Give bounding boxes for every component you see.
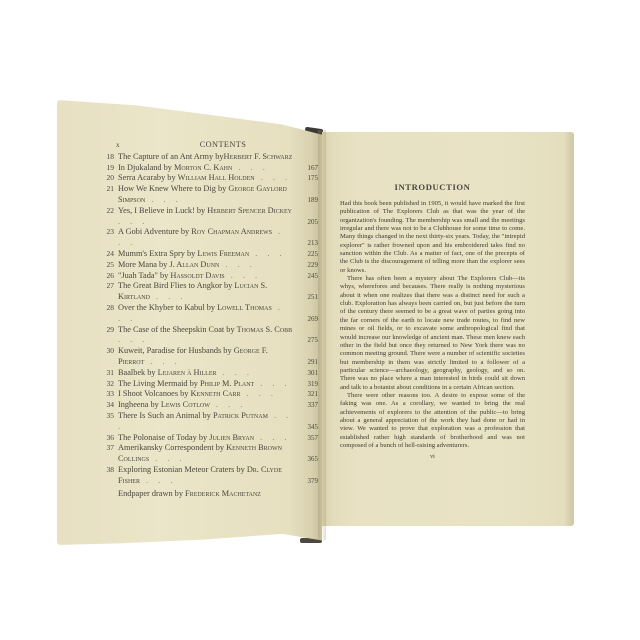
page-number: 321	[308, 389, 319, 400]
page-number: 229	[308, 260, 319, 271]
toc-entry: 21How We Knew Where to Dig by George Gay…	[118, 184, 318, 206]
page-folio: x	[116, 140, 120, 151]
page-number: 269	[308, 314, 319, 325]
chapter-title: The Great Bird Flies to Angkor by Lucian…	[118, 281, 318, 303]
leader-dots: . . .	[232, 163, 268, 172]
chapter-number: 26	[98, 271, 114, 282]
intro-paragraph: There has often been a mystery about The…	[340, 275, 525, 392]
toc-entry: 25More Mana by J. Allan Dunn . . .229	[118, 260, 318, 271]
chapter-title-text: Over the Khyber to Kabul by	[118, 303, 217, 312]
toc-entry: 33I Shoot Volcanoes by Kenneth Carr . . …	[118, 389, 318, 400]
page-number: 167	[308, 163, 319, 174]
chapter-title-text: The Great Bird Flies to Angkor by	[118, 281, 234, 290]
leader-dots: . . .	[149, 454, 185, 463]
chapter-author: Lewis Cotlow	[161, 400, 210, 409]
page-number: 225	[308, 249, 319, 260]
page-number: 213	[308, 238, 319, 249]
chapter-number: 37	[98, 443, 114, 454]
chapter-title-text: Baalbek by	[118, 368, 158, 377]
chapter-number: 19	[98, 163, 114, 174]
chapter-author: Roy Chapman Andrews	[191, 227, 272, 236]
chapter-author: Philip M. Plant	[200, 379, 254, 388]
leader-dots: . . .	[150, 292, 186, 301]
chapter-title: A Gobi Adventure by Roy Chapman Andrews …	[118, 227, 318, 249]
toc-entry: 32The Living Mermaid by Philip M. Plant …	[118, 379, 318, 390]
chapter-title: Ingheena by Lewis Cotlow . . .	[118, 400, 318, 411]
toc-entry: 37Amerikansky Correspondent by Kenneth B…	[118, 443, 318, 465]
toc-entry: 24Mumm's Extra Spry by Lewis Freeman . .…	[118, 249, 318, 260]
leader-dots: . . .	[225, 271, 261, 280]
endpaper-credit: Endpaper drawn by Frederick Machetanz	[118, 489, 318, 500]
toc-entry: 19In Djukaland by Morton C. Kahn . . .16…	[118, 163, 318, 174]
toc-entry: 31Baalbek by Lejaren à Hiller . . .301	[118, 368, 318, 379]
introduction-section: INTRODUCTION Had this book been publishe…	[340, 182, 525, 460]
toc-entry: 18The Capture of an Ant Army byHerbert F…	[118, 152, 318, 163]
chapter-title: Yes, I Believe in Luck! by Herbert Spenc…	[118, 206, 318, 228]
chapter-title: The Case of the Sheepskin Coat by Thomas…	[118, 325, 318, 347]
chapter-author: Julien Bryan	[209, 433, 254, 442]
leader-dots: . . .	[145, 195, 181, 204]
leader-dots: . . .	[254, 379, 290, 388]
chapter-author: Thomas S. Cobb	[237, 325, 292, 334]
chapter-number: 36	[98, 433, 114, 444]
page-number: 319	[308, 379, 319, 390]
chapter-title: Serra Acaraby by William Hall Holden . .…	[118, 173, 318, 184]
page-number: 189	[308, 195, 319, 206]
chapter-title: Baalbek by Lejaren à Hiller . . .	[118, 368, 318, 379]
chapter-title: "Juah Tada" by Hassoldt Davis . . .	[118, 271, 318, 282]
chapter-number: 32	[98, 379, 114, 390]
leader-dots: . . .	[118, 217, 148, 226]
chapter-title-text: A Gobi Adventure by	[118, 227, 191, 236]
toc-entry: 28Over the Khyber to Kabul by Lowell Tho…	[118, 303, 318, 325]
intro-paragraph: Had this book been published in 1905, it…	[340, 200, 525, 275]
leader-dots: . . .	[255, 173, 291, 182]
chapter-title: Exploring Estonian Meteor Craters by Dr.…	[118, 465, 318, 487]
chapter-title: I Shoot Volcanoes by Kenneth Carr . . .	[118, 389, 318, 400]
table-of-contents: x CONTENTS 18The Capture of an Ant Army …	[118, 140, 318, 499]
page-number: 337	[308, 400, 319, 411]
toc-entries: 18The Capture of an Ant Army byHerbert F…	[118, 152, 318, 487]
chapter-title-text: How We Knew Where to Dig by	[118, 184, 228, 193]
chapter-author: Morton C. Kahn	[174, 163, 232, 172]
chapter-number: 38	[98, 465, 114, 476]
chapter-title-text: Amerikansky Correspondent by	[118, 443, 226, 452]
chapter-number: 21	[98, 184, 114, 195]
toc-entry: 36The Polonaise of Today by Julien Bryan…	[118, 433, 318, 444]
leader-dots: . . .	[210, 400, 246, 409]
page-number: 379	[308, 476, 319, 487]
open-book: x CONTENTS 18The Capture of an Ant Army …	[0, 0, 640, 640]
intro-paragraph: There were other reasons too. A desire t…	[340, 392, 525, 450]
chapter-author: Herbert F. Schwarz	[224, 152, 293, 161]
chapter-number: 30	[98, 346, 114, 357]
page-number: 345	[308, 422, 319, 433]
chapter-title-text: In Djukaland by	[118, 163, 174, 172]
book-spine-gutter	[318, 130, 326, 540]
chapter-title: In Djukaland by Morton C. Kahn . . .	[118, 163, 318, 174]
chapter-author: Kenneth Carr	[191, 389, 241, 398]
chapter-title-text: Ingheena by	[118, 400, 161, 409]
chapter-author: Patrick Putnam	[213, 411, 268, 420]
leader-dots: . . .	[140, 476, 176, 485]
chapter-title: There Is Such an Animal by Patrick Putna…	[118, 411, 318, 433]
contents-heading: CONTENTS	[118, 140, 318, 151]
toc-entry: 30Kuweit, Paradise for Husbands by Georg…	[118, 346, 318, 368]
toc-entry: 34Ingheena by Lewis Cotlow . . .337	[118, 400, 318, 411]
leader-dots: . . .	[249, 249, 285, 258]
chapter-title: The Polonaise of Today by Julien Bryan .…	[118, 433, 318, 444]
leader-dots: . . .	[118, 335, 148, 344]
leader-dots: . . .	[144, 357, 180, 366]
chapter-title: Kuweit, Paradise for Husbands by George …	[118, 346, 318, 368]
chapter-title-text: Yes, I Believe in Luck! by	[118, 206, 207, 215]
chapter-number: 29	[98, 325, 114, 336]
page-number: 301	[308, 368, 319, 379]
leader-dots: . . .	[219, 260, 255, 269]
chapter-number: 18	[98, 152, 114, 163]
chapter-number: 35	[98, 411, 114, 422]
chapter-author: Herbert Spencer Dickey	[207, 206, 292, 215]
endpaper-author: Frederick Machetanz	[185, 489, 261, 498]
chapter-title-text: Mumm's Extra Spry by	[118, 249, 197, 258]
chapter-author: Lewis Freeman	[197, 249, 249, 258]
chapter-title-text: The Polonaise of Today by	[118, 433, 209, 442]
chapter-author: Hassoldt Davis	[170, 271, 224, 280]
chapter-number: 31	[98, 368, 114, 379]
chapter-number: 34	[98, 400, 114, 411]
toc-entry: 27The Great Bird Flies to Angkor by Luci…	[118, 281, 318, 303]
chapter-number: 33	[98, 389, 114, 400]
leader-dots: . . .	[240, 389, 276, 398]
chapter-title-text: Kuweit, Paradise for Husbands by	[118, 346, 234, 355]
chapter-title: The Living Mermaid by Philip M. Plant . …	[118, 379, 318, 390]
page-number: 245	[308, 271, 319, 282]
leader-dots: . . .	[254, 433, 290, 442]
toc-entry: 23A Gobi Adventure by Roy Chapman Andrew…	[118, 227, 318, 249]
chapter-number: 28	[98, 303, 114, 314]
chapter-title-text: More Mana by	[118, 260, 169, 269]
chapter-title-text: "Juah Tada" by	[118, 271, 170, 280]
toc-entry: 29The Case of the Sheepskin Coat by Thom…	[118, 325, 318, 347]
chapter-title-text: I Shoot Volcanoes by	[118, 389, 191, 398]
chapter-title: Over the Khyber to Kabul by Lowell Thoma…	[118, 303, 318, 325]
toc-entry: 20Serra Acaraby by William Hall Holden .…	[118, 173, 318, 184]
toc-entry: 38Exploring Estonian Meteor Craters by D…	[118, 465, 318, 487]
page-number: 365	[308, 454, 319, 465]
chapter-title-text: Exploring Estonian Meteor Craters by	[118, 465, 247, 474]
chapter-title: How We Knew Where to Dig by George Gaylo…	[118, 184, 318, 206]
chapter-title: The Capture of an Ant Army byHerbert F. …	[118, 152, 318, 163]
page-number: 175	[308, 173, 319, 184]
chapter-author: Lowell Thomas	[217, 303, 272, 312]
chapter-number: 27	[98, 281, 114, 292]
toc-entry: 35There Is Such an Animal by Patrick Put…	[118, 411, 318, 433]
chapter-number: 24	[98, 249, 114, 260]
page-number: 275	[308, 335, 319, 346]
toc-entry: 22Yes, I Believe in Luck! by Herbert Spe…	[118, 206, 318, 228]
chapter-title-text: There Is Such an Animal by	[118, 411, 213, 420]
page-number: 357	[308, 433, 319, 444]
page-number: 251	[308, 292, 319, 303]
page-folio: vi	[340, 454, 525, 460]
page-number: 205	[308, 217, 319, 228]
chapter-number: 23	[98, 227, 114, 238]
chapter-author: Lejaren à Hiller	[158, 368, 217, 377]
leader-dots: . . .	[217, 368, 253, 377]
endpaper-text: Endpaper drawn by	[118, 489, 185, 498]
page-number: 291	[308, 357, 319, 368]
chapter-number: 20	[98, 173, 114, 184]
chapter-title: Amerikansky Correspondent by Kenneth Bro…	[118, 443, 318, 465]
chapter-title-text: Serra Acaraby by	[118, 173, 178, 182]
chapter-author: J. Allan Dunn	[169, 260, 219, 269]
chapter-number: 25	[98, 260, 114, 271]
chapter-number: 22	[98, 206, 114, 217]
chapter-title: Mumm's Extra Spry by Lewis Freeman . . .	[118, 249, 318, 260]
toc-entry: 26"Juah Tada" by Hassoldt Davis . . .245	[118, 271, 318, 282]
chapter-title-text: The Capture of an Ant Army by	[118, 152, 224, 161]
chapter-title-text: The Case of the Sheepskin Coat by	[118, 325, 237, 334]
chapter-title: More Mana by J. Allan Dunn . . .	[118, 260, 318, 271]
chapter-author: William Hall Holden	[178, 173, 255, 182]
chapter-title-text: The Living Mermaid by	[118, 379, 200, 388]
introduction-heading: INTRODUCTION	[340, 182, 525, 192]
